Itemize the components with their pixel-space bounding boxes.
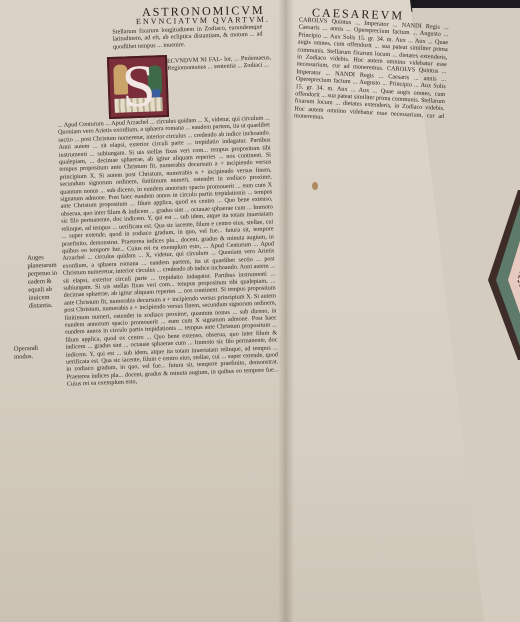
illuminated-initial: S	[107, 55, 169, 119]
volvelle-diagram	[478, 190, 520, 360]
margin-note-auges: Auges planetarum perpetuo in eadem & equ…	[27, 253, 69, 310]
left-main-text: ... Apud Centurum ... Apud Arzachel ... …	[58, 114, 283, 487]
margin-note-operandi: Operandi modus.	[14, 344, 55, 361]
initial-letter: S	[121, 55, 157, 119]
right-main-text: CAROLVS Quintus ... Imperator ... NANDI …	[277, 16, 449, 447]
paper-stain	[312, 182, 318, 190]
opening-text: ECVNDVM NI FAL- lor, ... Ptolemaeus, Reg…	[167, 54, 273, 120]
